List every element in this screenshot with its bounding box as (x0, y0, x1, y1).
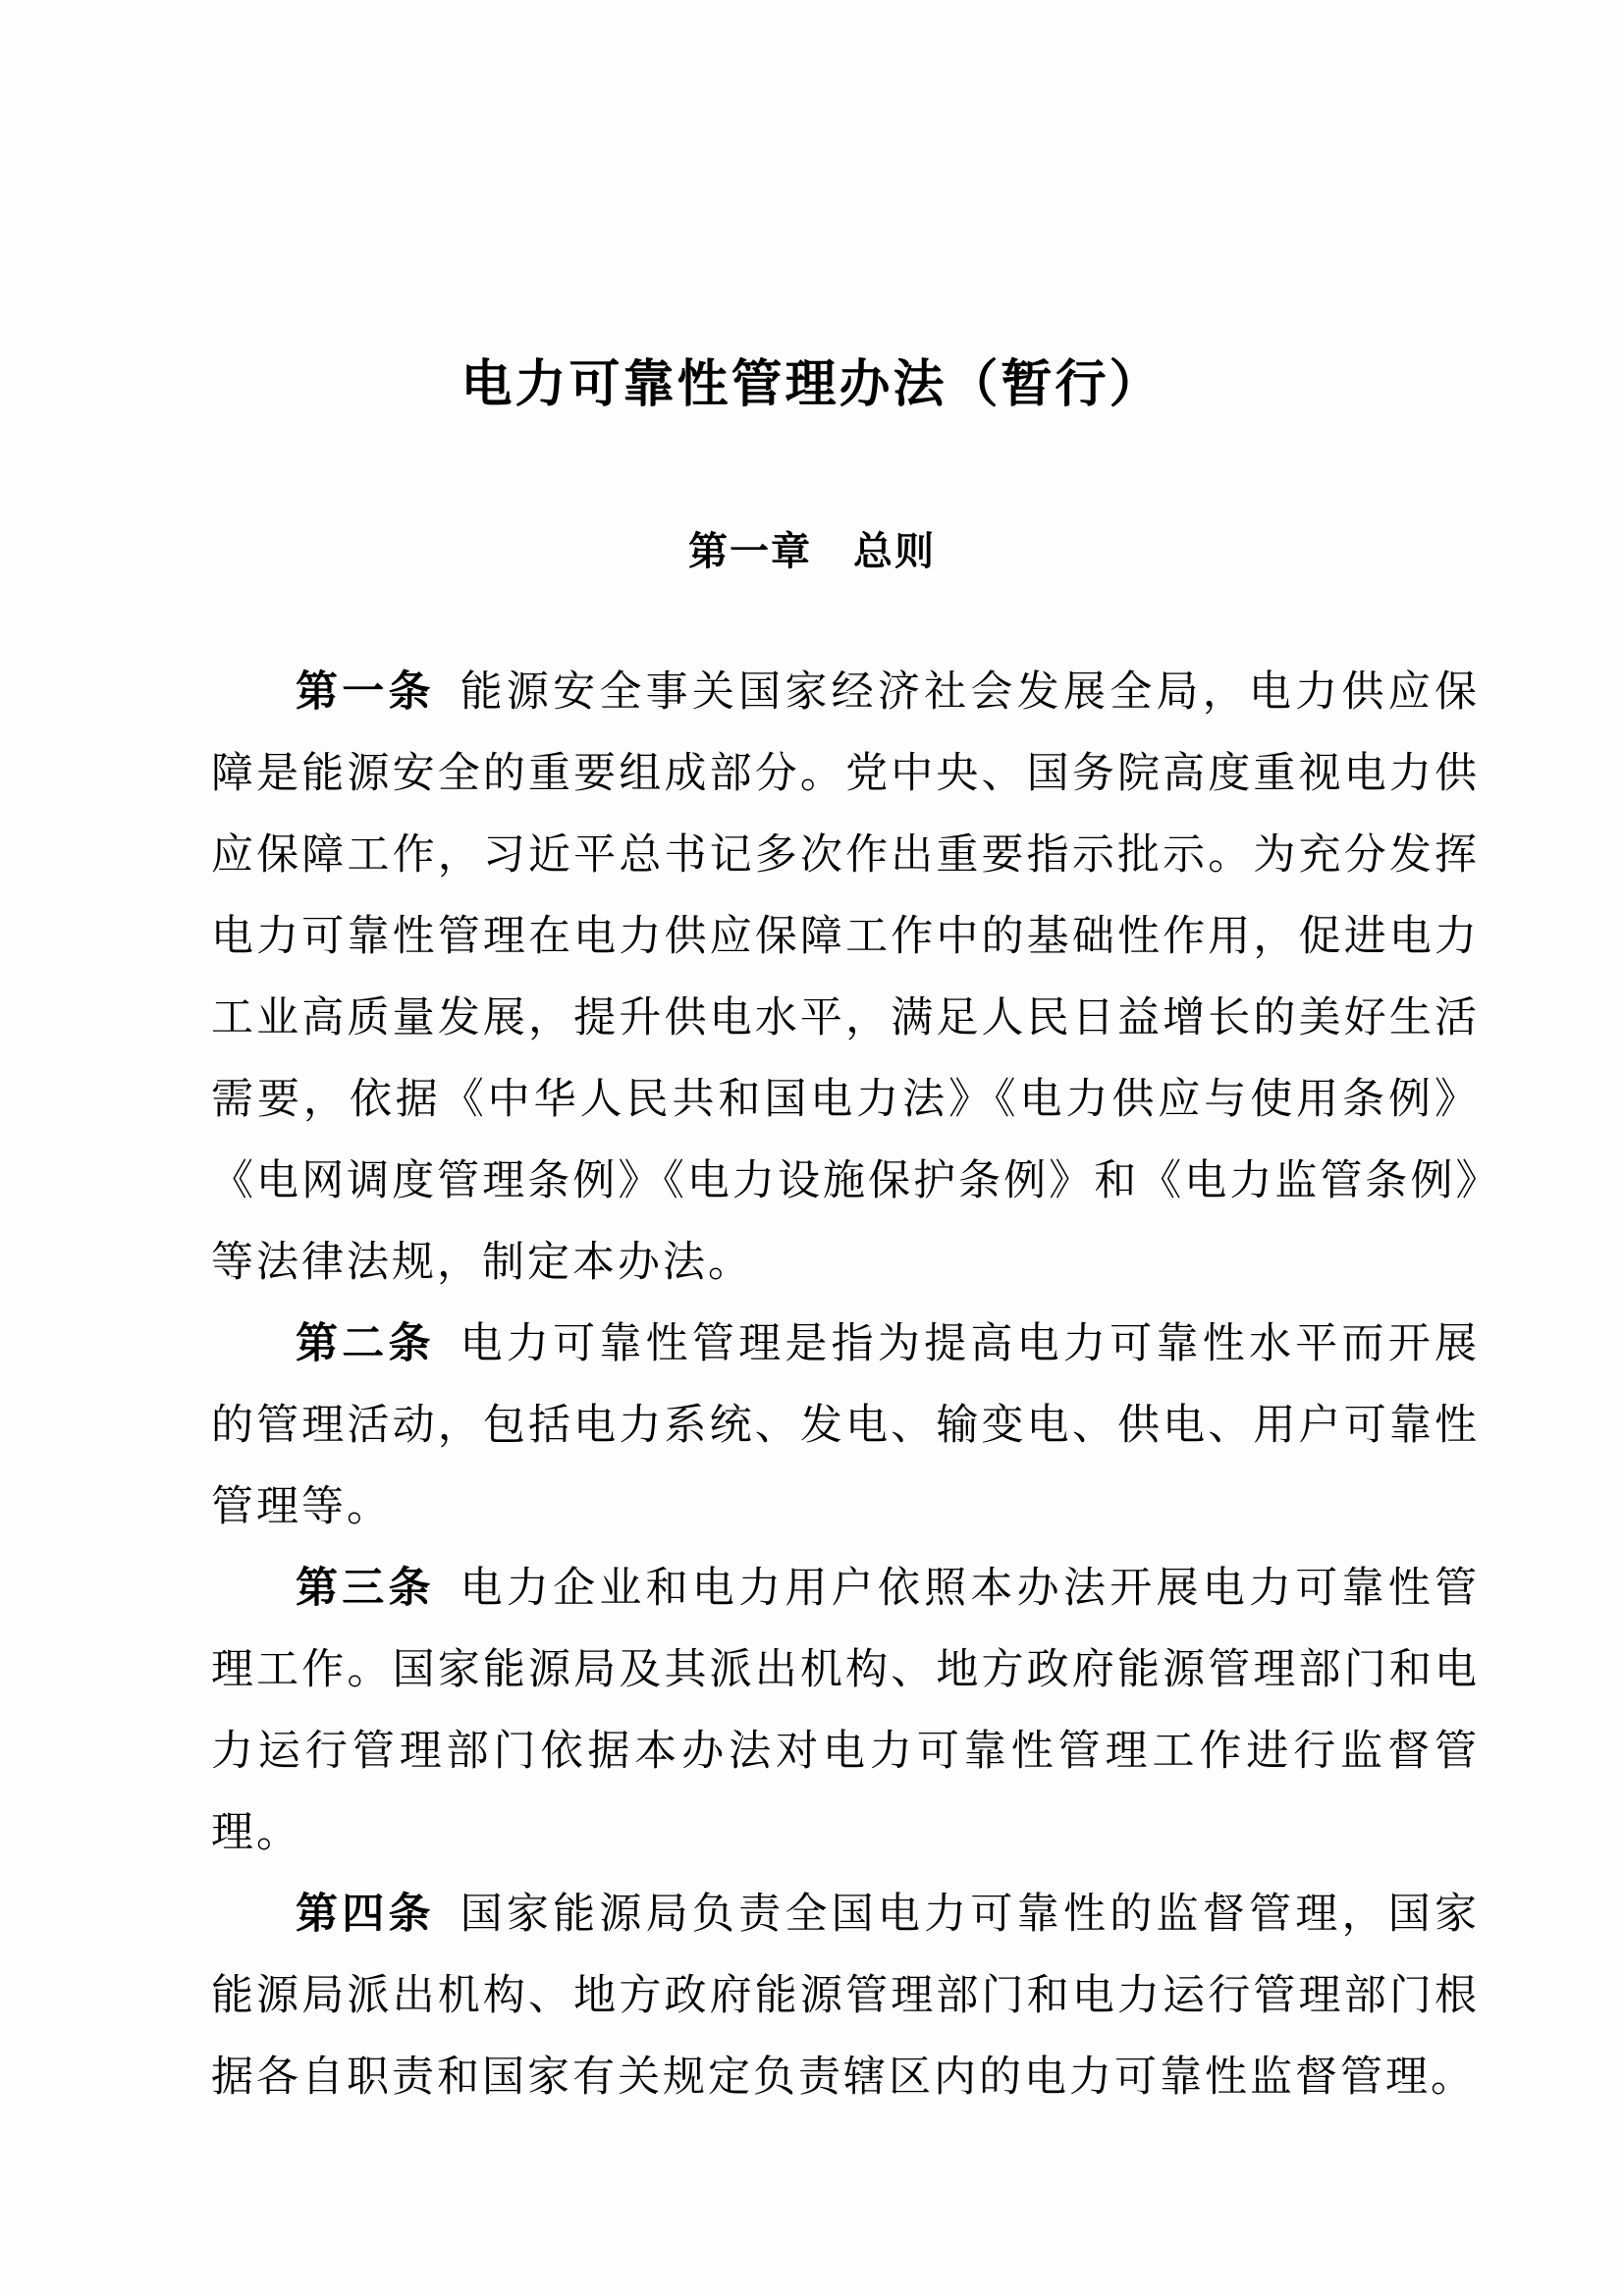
document-title: 电力可靠性管理办法（暂行） (0, 355, 1624, 416)
article-number: 第三条 (296, 1565, 435, 1612)
article-number: 第二条 (296, 1320, 435, 1367)
document-body: 第一条能源安全事关国家经济社会发展全局，电力供应保障是能源安全的重要组成部分。党… (211, 652, 1480, 2118)
article-paragraph-2: 第二条电力可靠性管理是指为提高电力可靠性水平而开展的管理活动，包括电力系统、发电… (211, 1304, 1480, 1548)
article-number: 第四条 (296, 1891, 435, 1938)
article-paragraph-1: 第一条能源安全事关国家经济社会发展全局，电力供应保障是能源安全的重要组成部分。党… (211, 652, 1480, 1304)
article-paragraph-3: 第三条电力企业和电力用户依照本办法开展电力可靠性管理工作。国家能源局及其派出机构… (211, 1548, 1480, 1874)
article-number: 第一条 (296, 668, 435, 716)
chapter-heading: 第一章 总则 (0, 524, 1624, 579)
article-text: 能源安全事关国家经济社会发展全局，电力供应保障是能源安全的重要组成部分。党中央、… (211, 669, 1480, 1286)
article-paragraph-4: 第四条国家能源局负责全国电力可靠性的监督管理，国家能源局派出机构、地方政府能源管… (211, 1874, 1480, 2118)
document-page: 电力可靠性管理办法（暂行） 第一章 总则 第一条能源安全事关国家经济社会发展全局… (0, 0, 1624, 2296)
